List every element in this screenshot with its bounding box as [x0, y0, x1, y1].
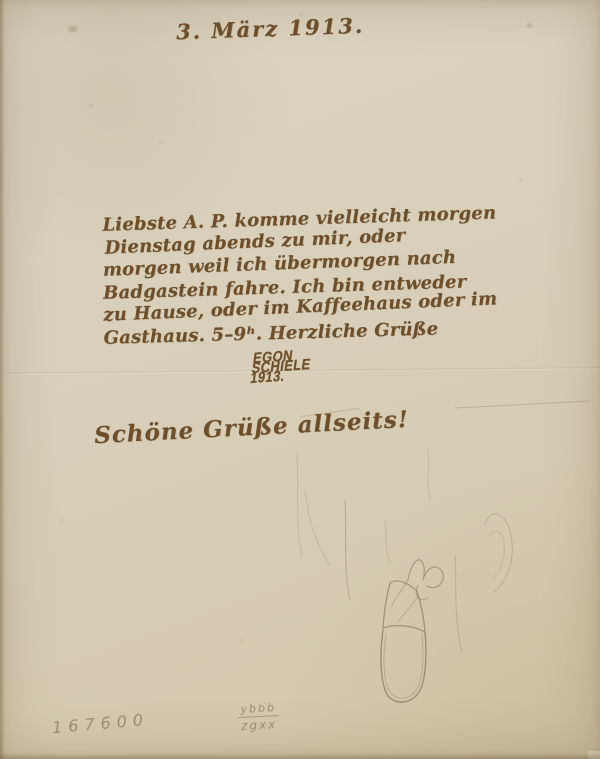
artist-signature-block: EGON SCHIELE 1913.	[249, 347, 323, 385]
foxing-spot	[66, 24, 80, 34]
foxing-spot	[238, 638, 244, 643]
foxing-spot	[58, 518, 65, 524]
letter-body: Liebste A. P. komme vielleicht morgen Di…	[102, 211, 448, 350]
foxing-spot	[158, 140, 165, 145]
foxing-spot	[518, 178, 524, 183]
letter-page: 3. März 1913. Liebste A. P. komme vielle…	[0, 0, 600, 759]
foxing-spot	[88, 103, 94, 108]
foxing-spot	[525, 22, 534, 29]
dealer-code-denominator: zgxx	[238, 716, 280, 733]
inventory-number: 167600	[51, 710, 149, 737]
scratch-mark	[455, 400, 590, 408]
paper-edge-shadow	[0, 753, 600, 759]
signature-line: 1913.	[249, 368, 310, 385]
dealer-code: ybbb zgxx	[237, 701, 280, 733]
top-fold-crease	[375, 26, 600, 30]
date-line: 3. März 1913.	[176, 13, 365, 45]
paper-edge-shadow	[0, 0, 5, 759]
pencil-sketch-shoe-icon	[280, 440, 520, 725]
